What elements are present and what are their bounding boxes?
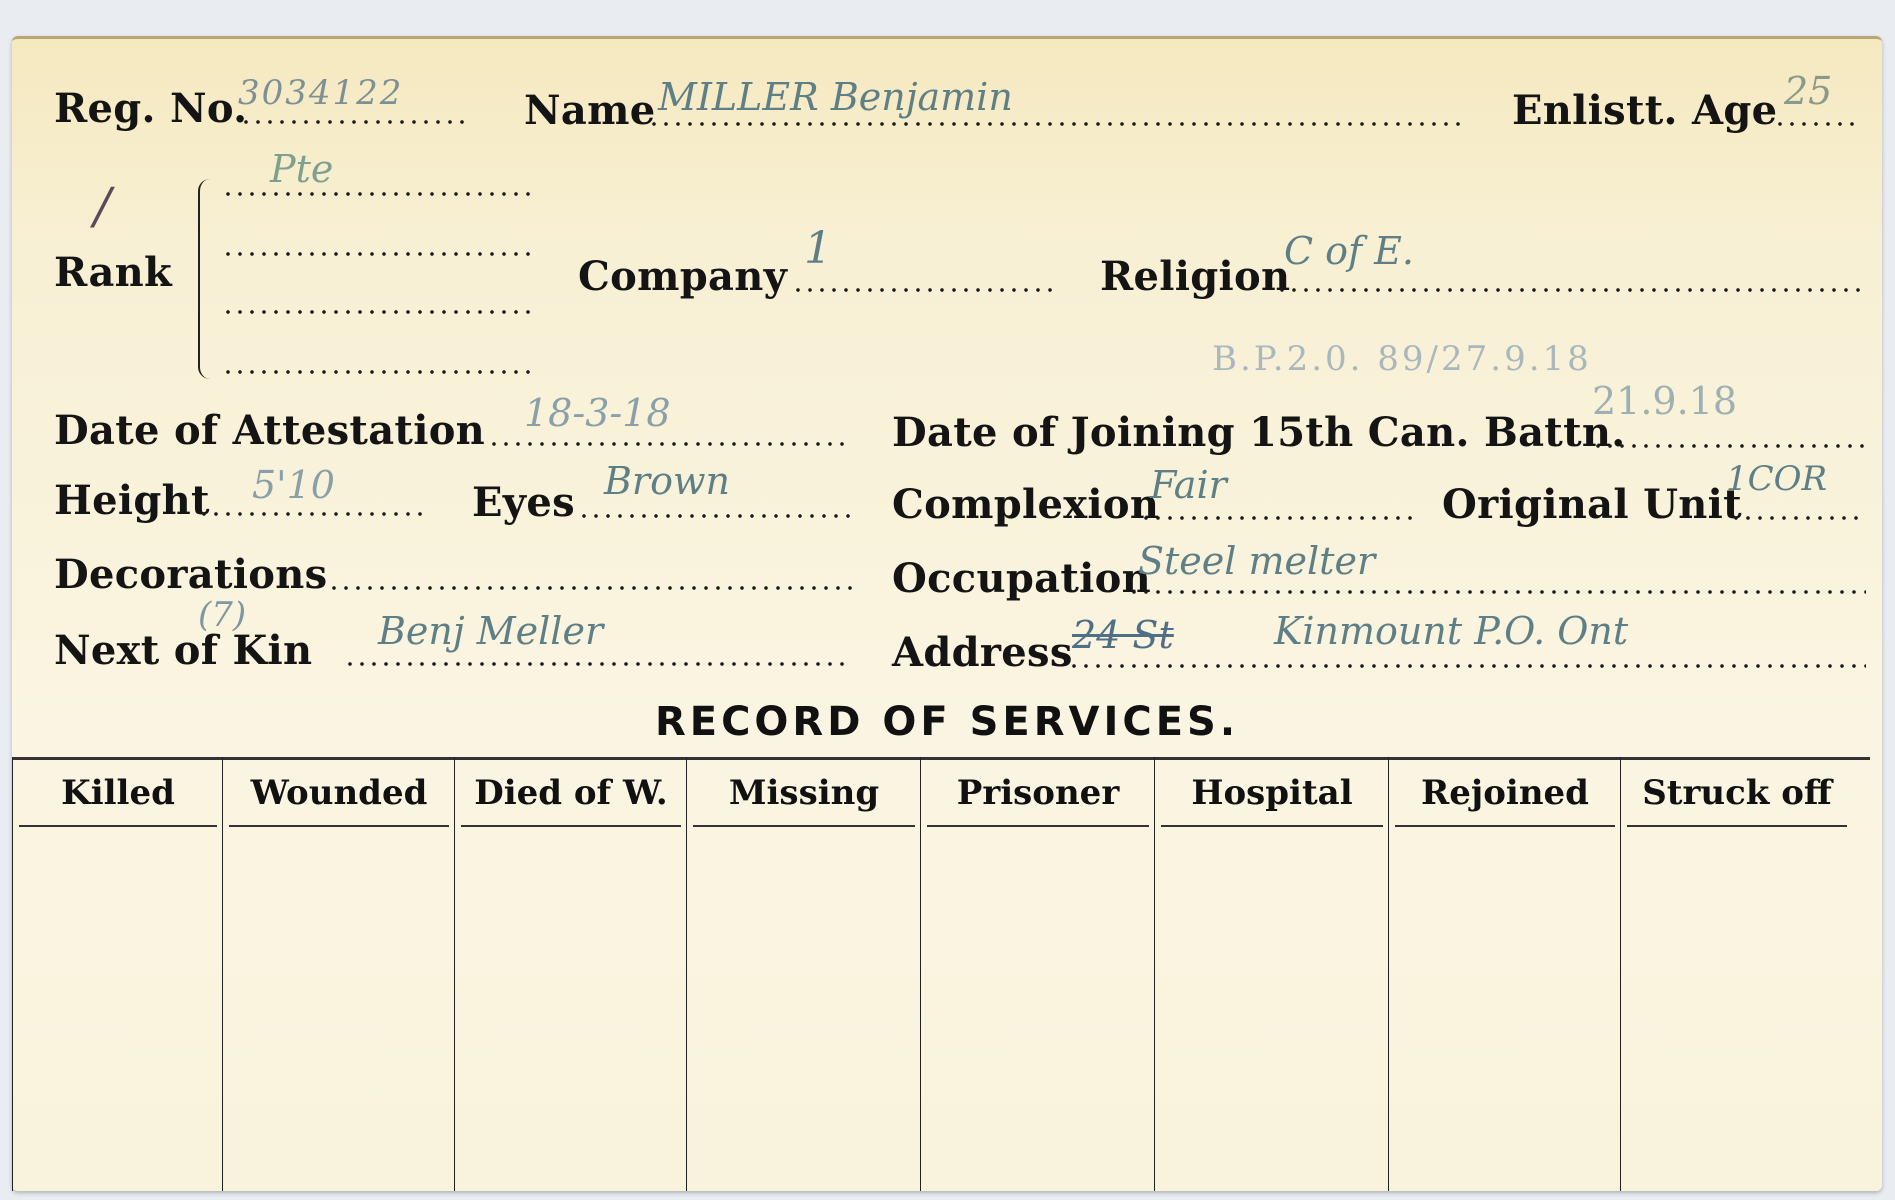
column-died-of-wounds: Died of W. xyxy=(454,757,687,1191)
header-rule xyxy=(19,825,217,827)
enlist-age-label: Enlistt. Age xyxy=(1512,87,1777,134)
date-attestation-value: 18-3-18 xyxy=(524,391,671,435)
record-table: Killed Wounded Died of W. Missing Prison… xyxy=(12,757,1870,1191)
column-header: Hospital xyxy=(1155,773,1389,813)
enlist-age-line xyxy=(1774,121,1858,127)
enlist-age-value: 25 xyxy=(1784,69,1832,113)
rank-margin-mark: / xyxy=(94,177,111,235)
address-struck-text: 24 St xyxy=(1072,613,1174,657)
next-of-kin-line xyxy=(344,661,852,667)
religion-value: C of E. xyxy=(1284,229,1414,273)
eyes-value: Brown xyxy=(604,459,730,503)
rank-label: Rank xyxy=(54,249,172,296)
religion-line xyxy=(1276,287,1866,293)
name-label: Name xyxy=(524,87,655,134)
occupation-value: Steel melter xyxy=(1138,539,1375,583)
decorations-line xyxy=(328,585,852,591)
original-unit-value: 1COR xyxy=(1726,459,1827,499)
column-hospital: Hospital xyxy=(1154,757,1389,1191)
occupation-line xyxy=(1128,589,1866,595)
company-line xyxy=(792,287,1052,293)
header-rule xyxy=(1395,825,1615,827)
header-rule xyxy=(229,825,449,827)
rank-line-2 xyxy=(222,251,534,257)
original-unit-label: Original Unit xyxy=(1442,481,1742,528)
next-of-kin-value: Benj Meller xyxy=(378,609,603,653)
rank-line-3 xyxy=(222,309,534,315)
date-joining-label: Date of Joining 15th Can. Battn. xyxy=(892,409,1625,456)
column-header: Rejoined xyxy=(1389,773,1621,813)
date-attestation-line xyxy=(488,441,852,447)
header-rule xyxy=(1627,825,1847,827)
complexion-value: Fair xyxy=(1150,463,1227,507)
date-attestation-label: Date of Attestation xyxy=(54,407,485,454)
address-label: Address xyxy=(892,629,1073,676)
column-struck-off: Struck off xyxy=(1620,757,1853,1191)
reg-no-line xyxy=(240,119,470,125)
name-value: MILLER Benjamin xyxy=(658,75,1013,119)
original-unit-line xyxy=(1730,515,1866,521)
decorations-label: Decorations xyxy=(54,551,327,598)
annotation-note: B.P.2.0. 89/27.9.18 xyxy=(1212,339,1592,379)
column-header: Wounded xyxy=(223,773,455,813)
religion-label: Religion xyxy=(1100,253,1290,300)
eyes-label: Eyes xyxy=(472,479,575,526)
date-joining-line xyxy=(1592,443,1864,449)
rank-brace xyxy=(198,179,214,379)
column-missing: Missing xyxy=(686,757,921,1191)
header-rule xyxy=(693,825,915,827)
reg-no-value: 3034122 xyxy=(238,73,403,113)
height-line xyxy=(198,511,428,517)
header-rule xyxy=(927,825,1149,827)
height-label: Height xyxy=(54,477,210,524)
address-line xyxy=(1068,663,1866,669)
service-record-card: Reg. No. 3034122 Name MILLER Benjamin En… xyxy=(12,36,1882,1191)
column-header: Died of W. xyxy=(455,773,687,813)
name-line xyxy=(648,121,1468,127)
record-of-services-title: RECORD OF SERVICES. xyxy=(12,699,1882,745)
rank-value: Pte xyxy=(270,147,333,191)
header-rule xyxy=(461,825,681,827)
eyes-line xyxy=(578,513,852,519)
rank-line-1 xyxy=(222,191,534,197)
date-joining-value: 21.9.18 xyxy=(1592,379,1737,423)
occupation-label: Occupation xyxy=(892,555,1151,602)
height-value: 5'10 xyxy=(252,463,335,507)
complexion-line xyxy=(1140,515,1416,521)
column-prisoner: Prisoner xyxy=(920,757,1155,1191)
column-header: Missing xyxy=(687,773,921,813)
company-value: 1 xyxy=(804,223,832,274)
address-value: Kinmount P.O. Ont xyxy=(1274,609,1628,653)
column-wounded: Wounded xyxy=(222,757,455,1191)
reg-no-label: Reg. No. xyxy=(54,85,247,132)
column-rejoined: Rejoined xyxy=(1388,757,1621,1191)
next-of-kin-label: Next of Kin xyxy=(54,627,312,674)
company-label: Company xyxy=(578,253,787,300)
header-rule xyxy=(1161,825,1383,827)
rank-line-4 xyxy=(222,369,534,375)
column-header: Killed xyxy=(13,773,223,813)
column-header: Prisoner xyxy=(921,773,1155,813)
column-header: Struck off xyxy=(1621,773,1853,813)
column-killed: Killed xyxy=(12,757,223,1191)
complexion-label: Complexion xyxy=(892,481,1159,528)
